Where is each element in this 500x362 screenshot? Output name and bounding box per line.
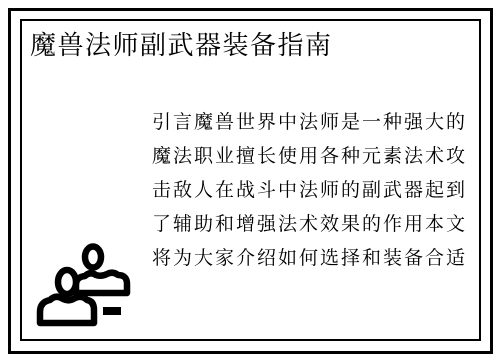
page-title: 魔兽法师副武器装备指南 (30, 30, 333, 60)
two-users-icon (30, 240, 140, 340)
article-line: 击敌人在战斗中法师的副武器起到 (152, 174, 472, 208)
article-paragraph: 引言魔兽世界中法师是一种强大的 魔法职业擅长使用各种元素法术攻 击敌人在战斗中法… (152, 106, 472, 276)
article-line: 引言魔兽世界中法师是一种强大的 (152, 106, 472, 140)
article-line: 魔法职业擅长使用各种元素法术攻 (152, 140, 472, 174)
article-line: 了辅助和增强法术效果的作用本文 (152, 208, 472, 242)
article-line: 将为大家介绍如何选择和装备合适 (152, 242, 472, 276)
article-page: 魔兽法师副武器装备指南 引言魔兽世界中法师是一种强大的 魔法职业擅长使用各种元素… (0, 0, 500, 362)
